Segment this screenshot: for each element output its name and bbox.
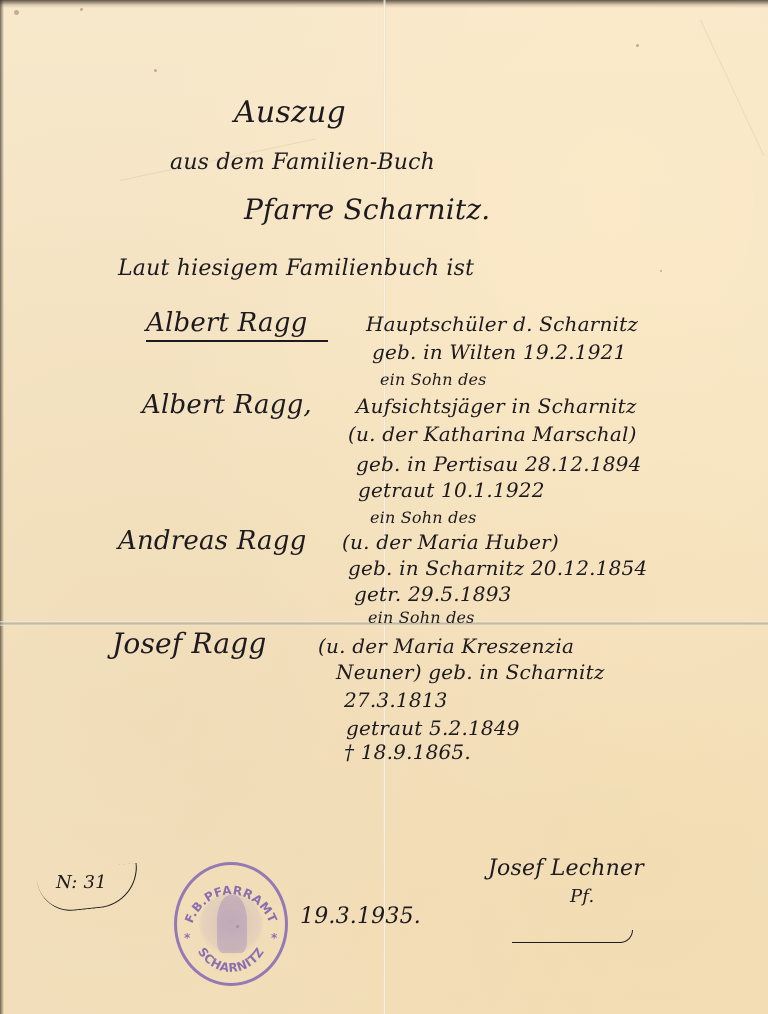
issue-date: 19.3.1935.: [300, 906, 421, 928]
entry-detail: geb. in Wilten 19.2.1921: [372, 342, 627, 362]
foxing-spot: [14, 10, 19, 15]
entry-detail: Hauptschüler d. Scharnitz: [366, 314, 638, 334]
entry-detail: † 18.9.1865.: [344, 742, 471, 762]
entry-detail: ein Sohn des: [368, 610, 475, 626]
paper-left-edge: [0, 0, 4, 1014]
entry-detail: ein Sohn des: [370, 510, 477, 526]
parish-office-stamp: F.B.PFARRAMT SCHARNITZ * *: [174, 862, 288, 986]
header-line-family-book: aus dem Familien-Buch: [170, 152, 435, 174]
signature-name: Josef Lechner: [488, 858, 644, 880]
signature-flourish: [512, 930, 633, 943]
svg-text:*: *: [271, 931, 278, 945]
intro-line: Laut hiesigem Familienbuch ist: [118, 258, 474, 280]
document-page: Auszug aus dem Familien-Buch Pfarre Scha…: [0, 0, 768, 1014]
entry-name-albert-ragg-sr: Albert Ragg,: [142, 392, 312, 418]
entry-detail: geb. in Scharnitz 20.12.1854: [348, 558, 647, 578]
entry-detail: (u. der Maria Huber): [342, 532, 559, 552]
entry-name-josef-ragg: Josef Ragg: [112, 630, 267, 658]
signature-title: Pf.: [570, 888, 594, 906]
svg-text:*: *: [184, 931, 191, 945]
svg-text:F.B.PFARRAMT: F.B.PFARRAMT: [182, 883, 280, 925]
entry-detail: getraut 5.2.1849: [346, 718, 520, 738]
entry-detail: (u. der Maria Kreszenzia: [318, 636, 574, 656]
entry-detail: ein Sohn des: [380, 372, 487, 388]
entry-detail: Aufsichtsjäger in Scharnitz: [356, 396, 637, 416]
foxing-spot: [154, 69, 157, 72]
stamp-text-ring: F.B.PFARRAMT SCHARNITZ * *: [174, 862, 288, 986]
entry-detail: getraut 10.1.1922: [358, 480, 545, 500]
entry-name-andreas-ragg: Andreas Ragg: [118, 528, 306, 554]
foxing-spot: [80, 8, 83, 11]
entry-detail: 27.3.1813: [344, 690, 448, 710]
entry-detail: getr. 29.5.1893: [354, 584, 512, 604]
foxing-spot: [636, 44, 639, 47]
entry-detail: (u. der Katharina Marschal): [348, 424, 637, 444]
header-line-parish: Pfarre Scharnitz.: [244, 196, 490, 224]
entry-detail: geb. in Pertisau 28.12.1894: [356, 454, 642, 474]
number-flourish: [36, 863, 141, 914]
document-title: Auszug: [234, 98, 346, 128]
name-underline: [146, 340, 328, 342]
entry-detail: Neuner) geb. in Scharnitz: [336, 662, 605, 682]
foxing-spot: [660, 270, 662, 272]
paper-crease: [700, 20, 764, 156]
entry-name-albert-ragg-jr: Albert Ragg: [146, 310, 307, 336]
svg-text:SCHARNITZ: SCHARNITZ: [195, 945, 267, 975]
